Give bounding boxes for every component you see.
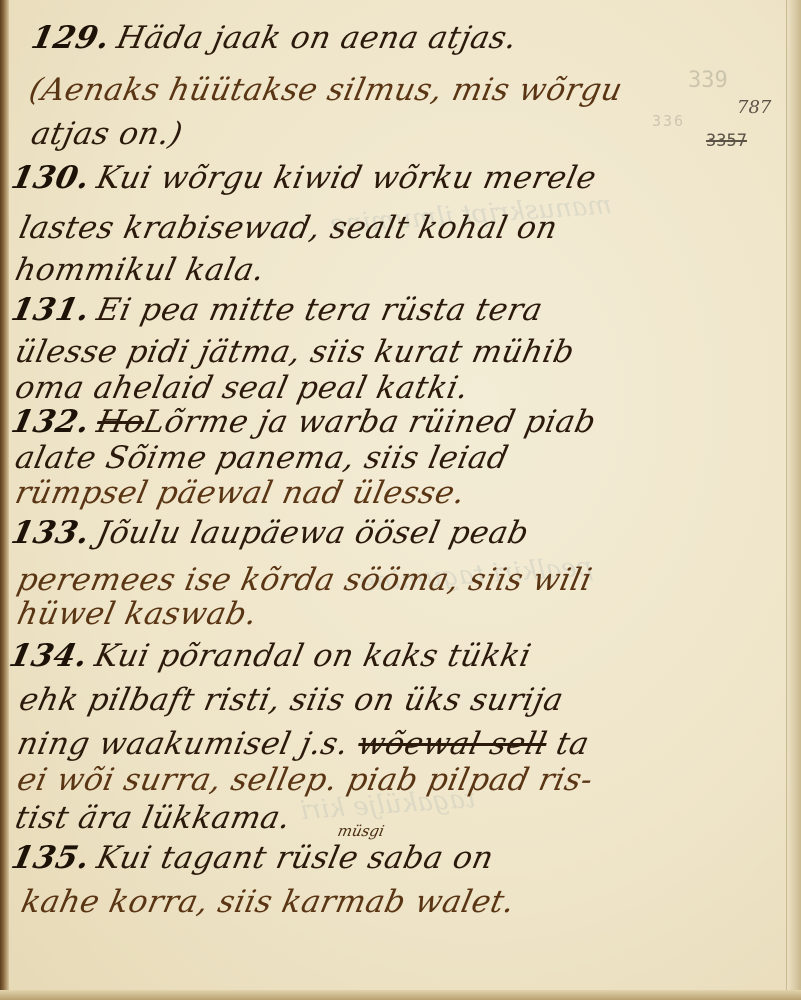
faded-stamp-mid: 336 <box>652 112 685 130</box>
entry-132-line-2: alate Sõime panema, siis leiad <box>12 440 512 476</box>
entry-130-line-3: hommikul kala. <box>12 252 268 288</box>
old-page-number: 3357 <box>706 131 747 151</box>
entry-129-line-2: (Aenaks hüütakse silmus, mis wõrgu <box>26 72 626 108</box>
entry-133-line-1: 133.Jõulu laupäewa öösel peab <box>8 515 532 551</box>
entry-135-line-1: 135.Kui tagant rüsle saba on <box>8 840 497 876</box>
struck-text: wõewal sell <box>355 726 551 762</box>
entry-133-line-2: peremees ise kõrda sööma, siis wili <box>14 562 595 598</box>
entry-130-line-1: 130.Kui wõrgu kiwid wõrku merele <box>8 160 600 196</box>
entry-number: 132. <box>8 404 93 440</box>
entry-129-line-1: 129.Häda jaak on aena atjas. <box>28 20 520 56</box>
entry-number: 133. <box>8 515 93 551</box>
entry-129-line-3: atjas on.) <box>28 116 186 152</box>
binding-spine <box>0 0 9 1000</box>
entry-number: 129. <box>28 20 113 56</box>
page-edge-right <box>786 0 801 1000</box>
entry-132-line-3: rümpsel päewal nad ülesse. <box>12 475 469 511</box>
entry-131-line-1: 131.Ei pea mitte tera rüsta tera <box>8 292 546 328</box>
entry-134-line-5: tist ära lükkama. <box>12 800 294 836</box>
entry-134-line-1: 134.Kui põrandal on kaks tükki <box>6 638 534 674</box>
insertion-above: müsgi <box>336 822 386 840</box>
entry-133-line-3: hüwel kaswab. <box>14 596 261 632</box>
entry-131-line-2: ülesse pidi jätma, siis kurat mühib <box>12 334 578 370</box>
entry-number: 131. <box>8 292 93 328</box>
entry-number: 130. <box>8 160 93 196</box>
entry-134-line-3: ning waakumisel j.s. wõewal sell ta <box>14 726 593 762</box>
entry-134-line-4: ei wõi surra, sellep. piab pilpad ris- <box>14 762 596 798</box>
entry-130-line-2: lastes krabisewad, sealt kohal on <box>16 210 561 246</box>
entry-132-line-1: 132.HoLõrme ja warba rüined piab <box>8 404 599 440</box>
page-number: 787 <box>737 97 771 118</box>
page-edge-bottom <box>0 990 801 1000</box>
entry-131-line-3: oma ahelaid seal peal katki. <box>12 370 472 406</box>
entry-number: 135. <box>8 840 93 876</box>
struck-text: Ho <box>94 404 148 440</box>
entry-134-line-2: ehk pilbaft risti, siis on üks surija <box>16 682 567 718</box>
manuscript-page: manuskript ilmumine pealkiri tagumine ta… <box>0 0 801 1000</box>
faded-stamp-top: 339 <box>688 68 728 93</box>
entry-135-line-2: kahe korra, siis karmab walet. <box>18 884 518 920</box>
entry-number: 134. <box>6 638 91 674</box>
